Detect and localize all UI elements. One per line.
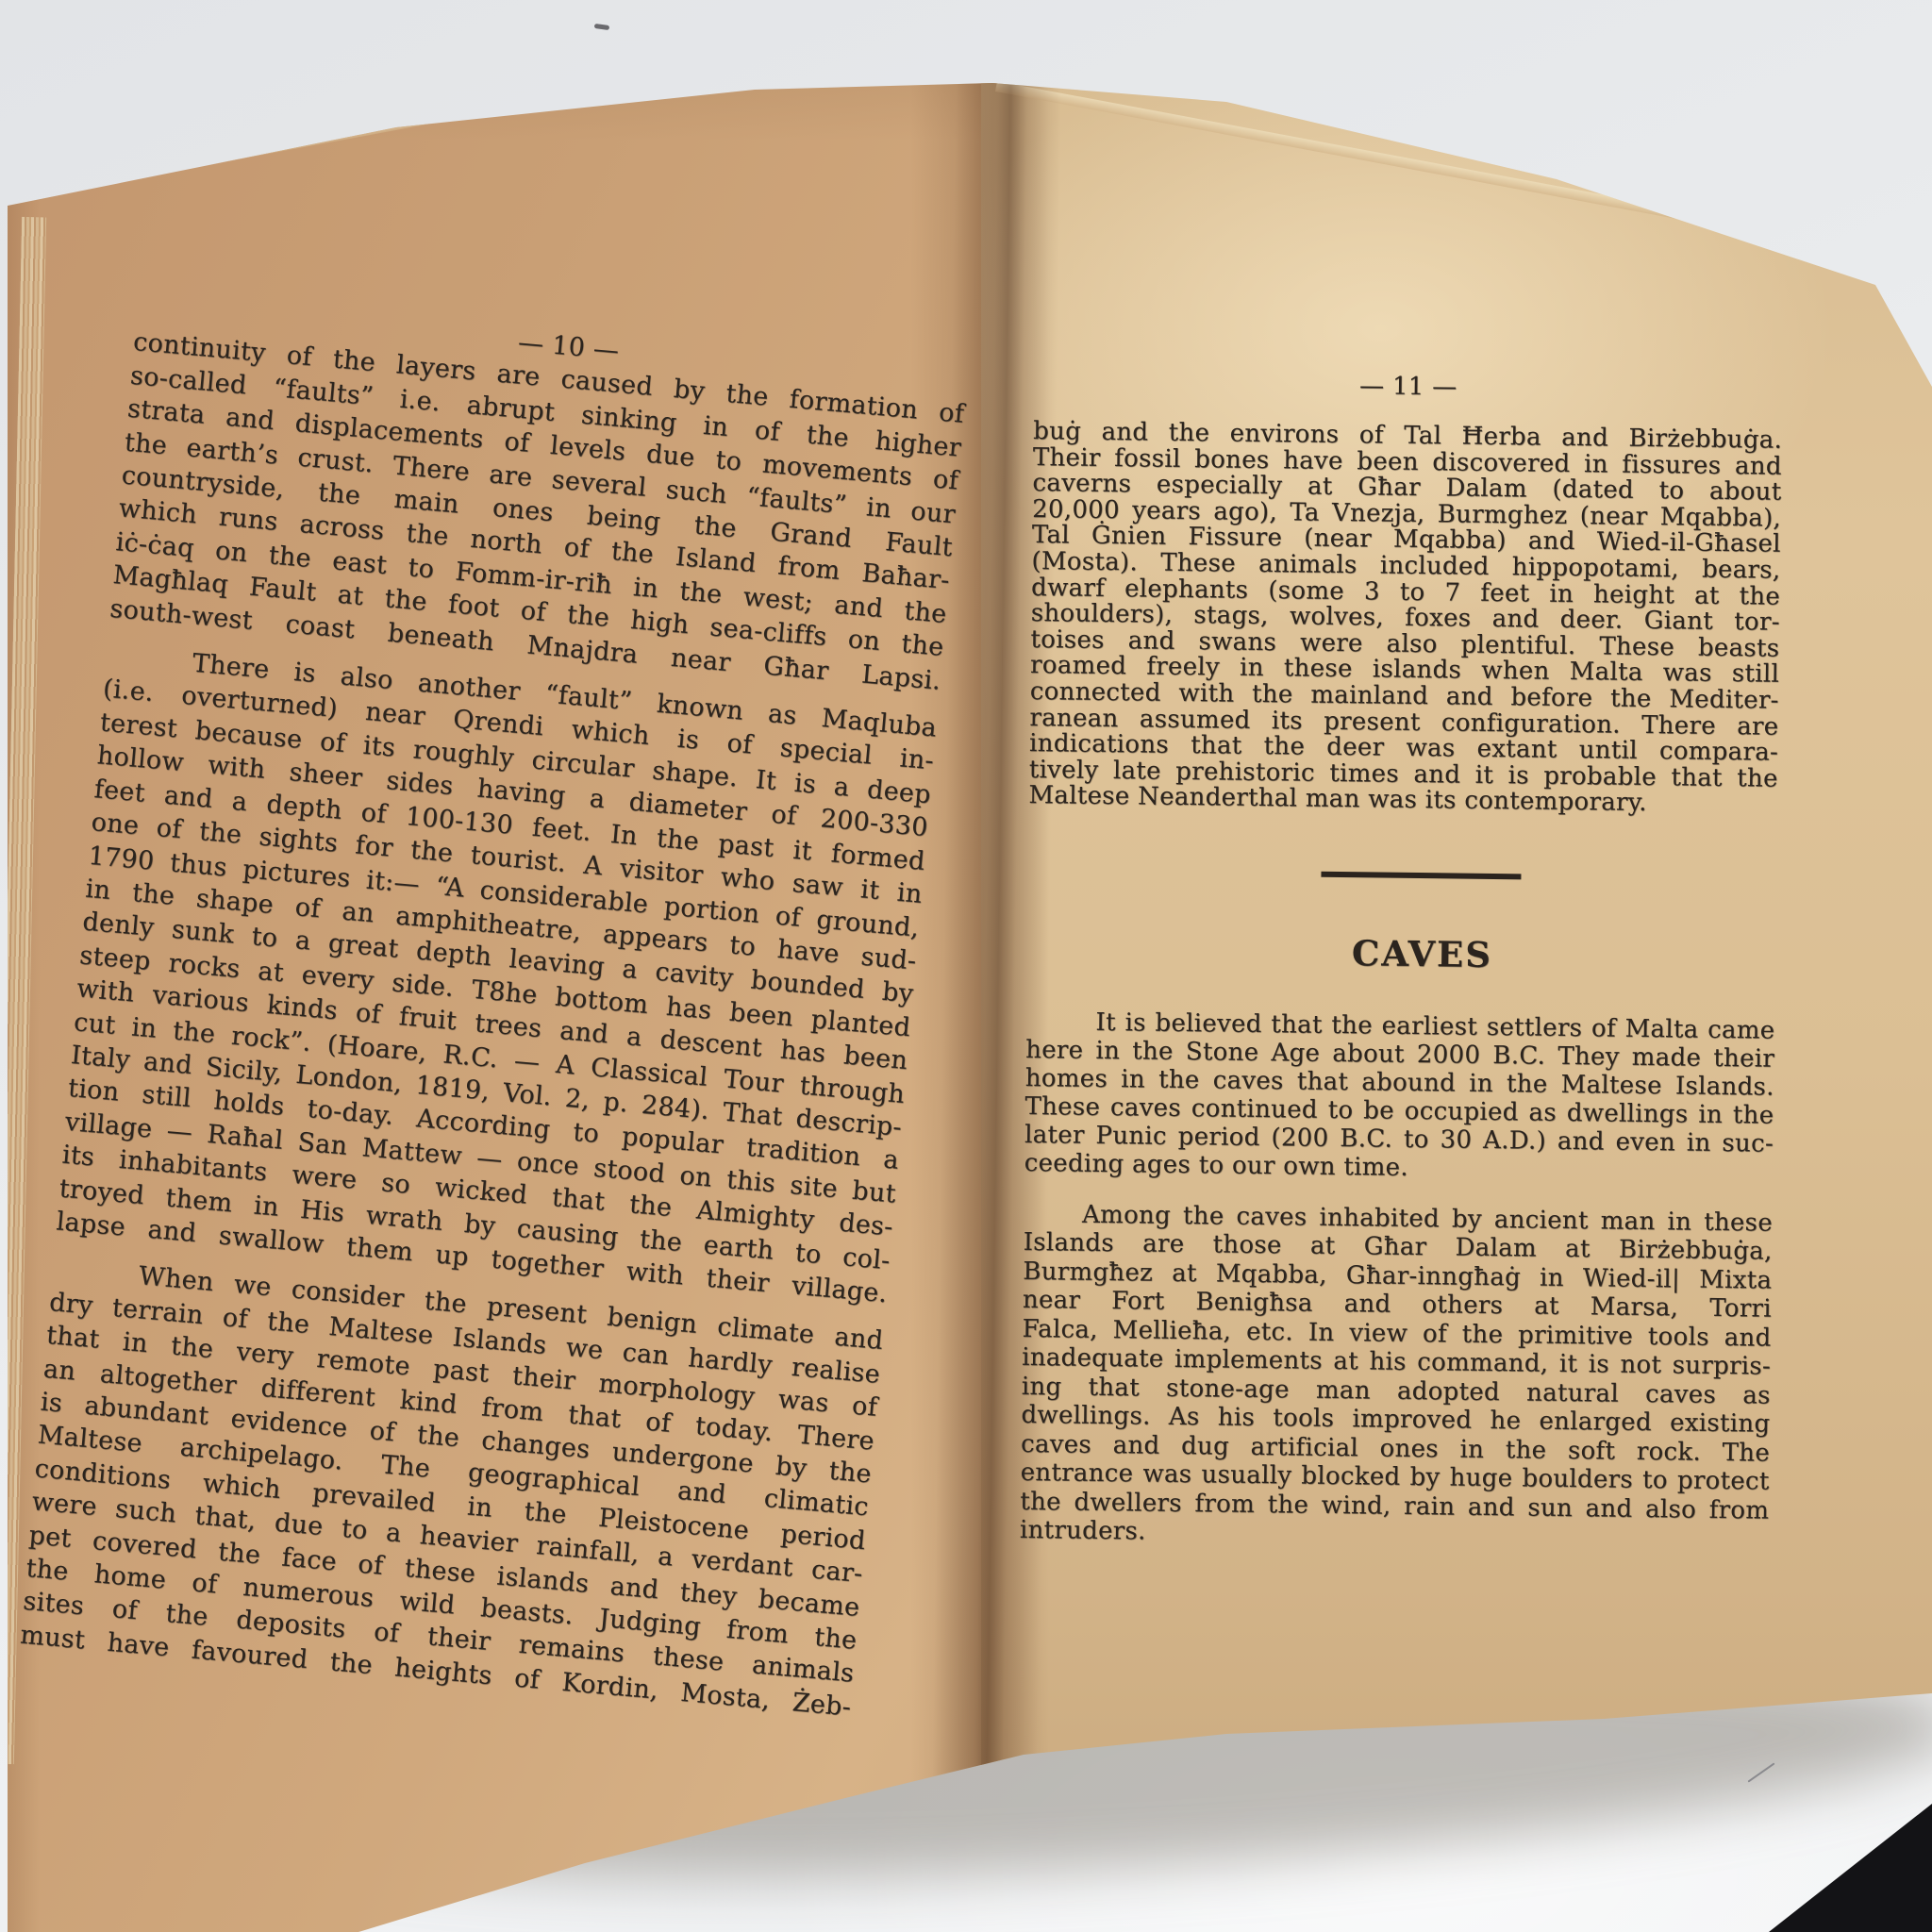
section-heading: CAVES <box>1047 930 1796 977</box>
right-page-mid-body: It is believed that the earliest settler… <box>1024 1008 1775 1187</box>
paragraph: When we consider the present benign clim… <box>19 1252 885 1724</box>
right-page-text: — 11 — buġ and the environs of Tal Ħerba… <box>1020 368 1783 1555</box>
paragraph: buġ and the environs of Tal Ħerba and Bi… <box>1028 419 1782 819</box>
right-page-top-body: buġ and the environs of Tal Ħerba and Bi… <box>1028 419 1782 819</box>
section-divider-rule <box>1321 872 1521 880</box>
right-page-bottom-body: Among the caves inhabited by ancient man… <box>1020 1200 1773 1555</box>
left-page-text: — 10 — continuity of the layers are caus… <box>19 292 969 1724</box>
paragraph: Among the caves inhabited by ancient man… <box>1020 1200 1773 1555</box>
left-page-body: continuity of the layers are caused by t… <box>19 325 966 1724</box>
photo-open-book: — 10 — continuity of the layers are caus… <box>0 0 1932 1932</box>
paragraph: It is believed that the earliest settler… <box>1024 1008 1775 1187</box>
paragraph: There is also another “fault” known as M… <box>55 640 938 1311</box>
